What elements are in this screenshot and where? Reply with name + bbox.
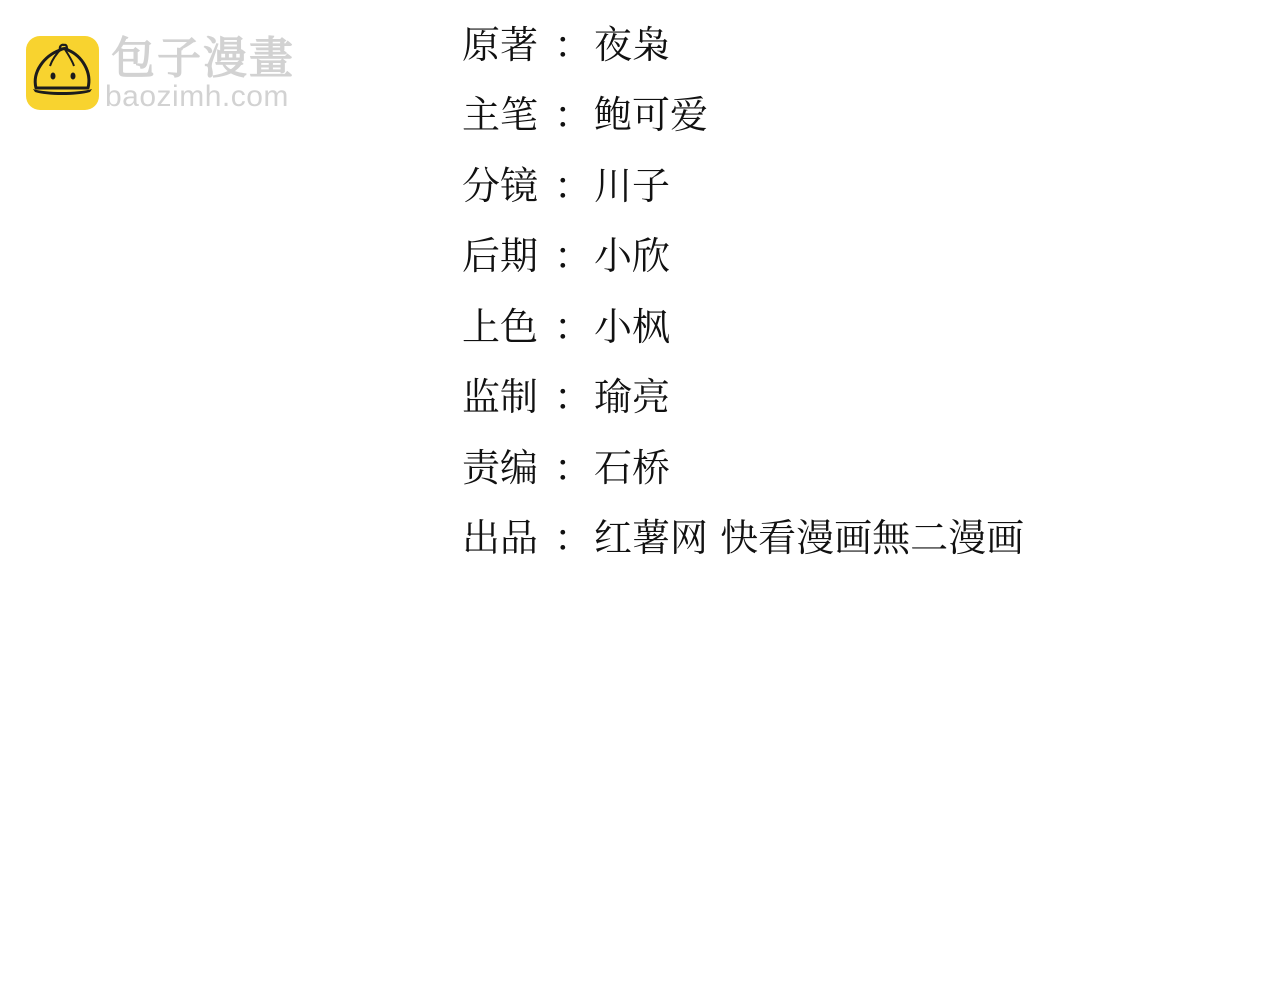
credit-separator: ： xyxy=(552,366,594,421)
credit-role: 主笔 xyxy=(462,84,552,139)
credit-role: 责编 xyxy=(462,437,552,492)
credit-separator: ： xyxy=(552,155,594,210)
brand-url: baozimh.com xyxy=(105,82,295,112)
credit-separator: ： xyxy=(552,296,594,351)
credit-separator: ： xyxy=(552,437,594,492)
credit-separator: ： xyxy=(552,225,594,280)
credit-row-publisher: 出品 ： 红薯网 快看漫画無二漫画 xyxy=(462,500,1024,571)
credit-name: 夜枭 xyxy=(594,14,670,69)
credits-list: 原著 ： 夜枭 主笔 ： 鲍可爱 分镜 ： 川子 后期 ： 小欣 上色 ： 小枫… xyxy=(462,6,1024,570)
credit-role: 分镜 xyxy=(462,155,552,210)
credit-role: 监制 xyxy=(462,366,552,421)
credit-row-coloring: 上色 ： 小枫 xyxy=(462,288,1024,359)
credit-row-editor: 责编 ： 石桥 xyxy=(462,429,1024,500)
credit-name: 红薯网 快看漫画無二漫画 xyxy=(594,507,1024,562)
steamed-bun-icon xyxy=(26,36,99,110)
credit-separator: ： xyxy=(552,84,594,139)
credit-role: 上色 xyxy=(462,296,552,351)
credit-name: 石桥 xyxy=(594,437,670,492)
credit-separator: ： xyxy=(552,507,594,562)
baozimh-watermark: 包子漫畫 baozimh.com xyxy=(26,34,295,112)
credit-name: 小欣 xyxy=(594,225,670,280)
credit-name: 鲍可爱 xyxy=(594,84,708,139)
credit-row-original-author: 原著 ： 夜枭 xyxy=(462,6,1024,77)
credit-row-lead-artist: 主笔 ： 鲍可爱 xyxy=(462,77,1024,148)
watermark-text: 包子漫畫 baozimh.com xyxy=(111,34,295,112)
blank-page-area xyxy=(0,580,1280,999)
credit-role: 原著 xyxy=(462,14,552,69)
credit-name: 小枫 xyxy=(594,296,670,351)
brand-name-chinese: 包子漫畫 xyxy=(111,34,295,84)
credit-name: 瑜亮 xyxy=(594,366,670,421)
credit-row-storyboard: 分镜 ： 川子 xyxy=(462,147,1024,218)
credit-name: 川子 xyxy=(594,155,670,210)
credit-separator: ： xyxy=(552,14,594,69)
credit-role: 出品 xyxy=(462,507,552,562)
credit-row-supervisor: 监制 ： 瑜亮 xyxy=(462,359,1024,430)
credit-row-post-production: 后期 ： 小欣 xyxy=(462,218,1024,289)
credit-role: 后期 xyxy=(462,225,552,280)
